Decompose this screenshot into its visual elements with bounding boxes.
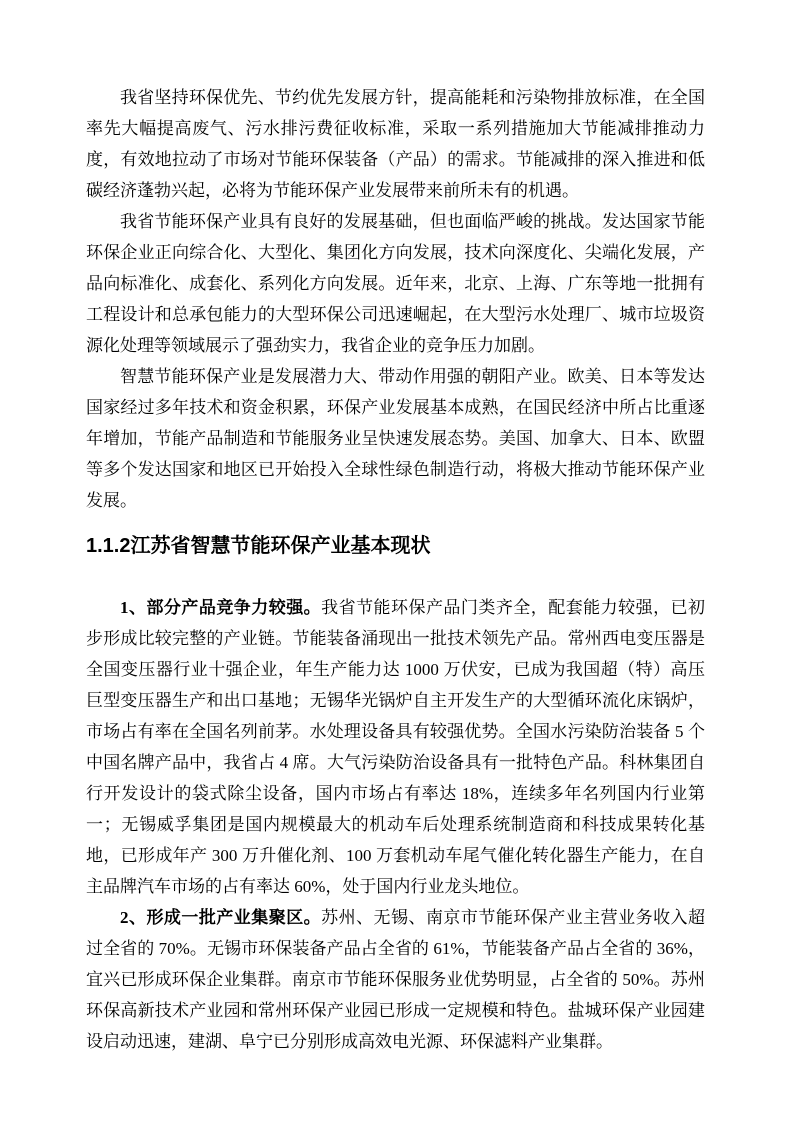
numbered-paragraph-2-text: 苏州、无锡、南京市节能环保产业主营业务收入超过全省的 70%。无锡市环保装备产品… <box>86 908 705 1051</box>
numbered-paragraph-1-text: 我省节能环保产品门类齐全，配套能力较强，已初步形成比较完整的产业链。节能装备涌现… <box>86 598 705 896</box>
body-paragraph-3: 智慧节能环保产业是发展潜力大、带动作用强的朝阳产业。欧美、日本等发达国家经过多年… <box>86 361 705 516</box>
numbered-paragraph-1-lead: 1、部分产品竞争力较强。 <box>120 598 321 617</box>
body-paragraph-1: 我省坚持环保优先、节约优先发展方针，提高能耗和污染物排放标准，在全国率先大幅提高… <box>86 82 705 206</box>
numbered-paragraph-2-lead: 2、形成一批产业集聚区。 <box>120 908 321 927</box>
document-page: 我省坚持环保优先、节约优先发展方针，提高能耗和污染物排放标准，在全国率先大幅提高… <box>0 0 793 1122</box>
section-heading: 1.1.2江苏省智慧节能环保产业基本现状 <box>86 532 705 560</box>
numbered-paragraph-1: 1、部分产品竞争力较强。我省节能环保产品门类齐全，配套能力较强，已初步形成比较完… <box>86 592 705 902</box>
numbered-paragraph-2: 2、形成一批产业集聚区。苏州、无锡、南京市节能环保产业主营业务收入超过全省的 7… <box>86 902 705 1057</box>
body-paragraph-2: 我省节能环保产业具有良好的发展基础，但也面临严峻的挑战。发达国家节能环保企业正向… <box>86 206 705 361</box>
